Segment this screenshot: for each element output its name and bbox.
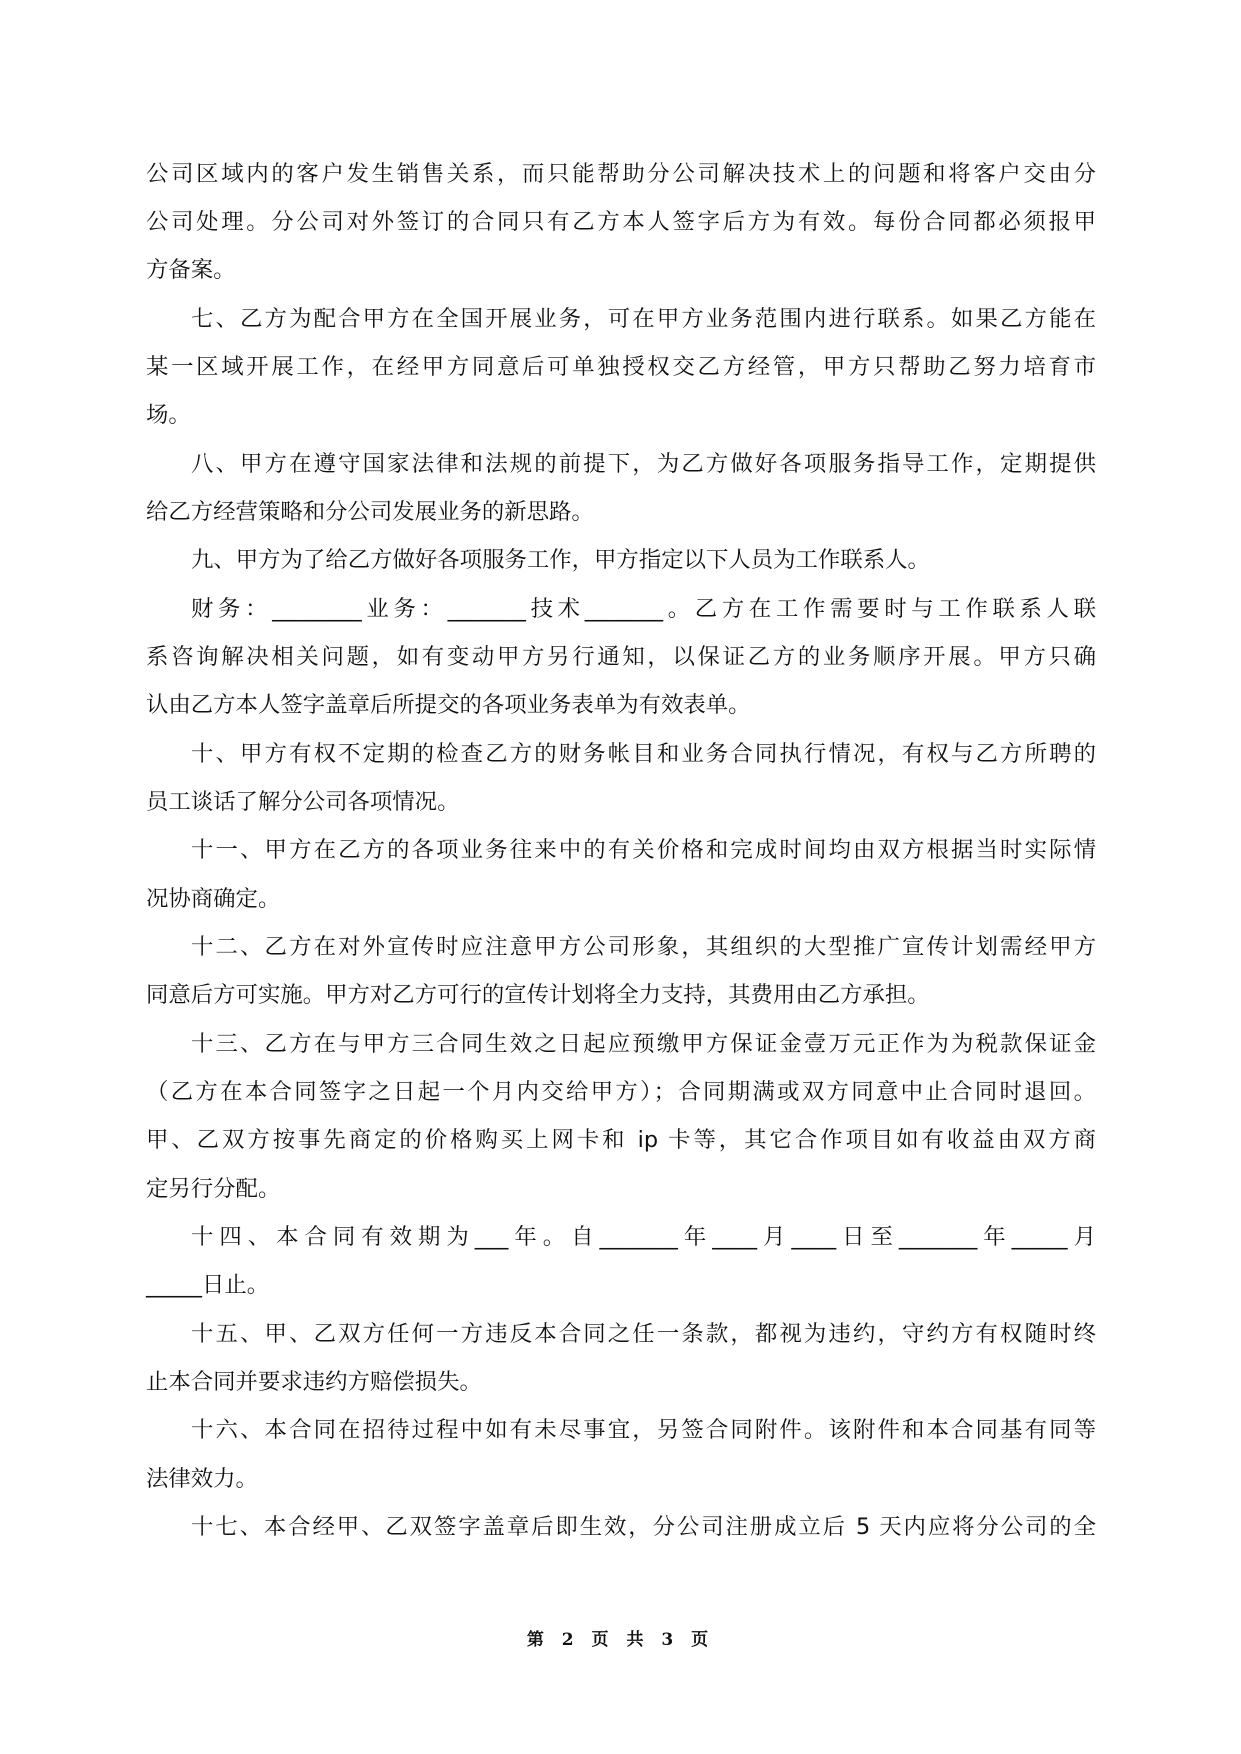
- paragraph-first-line: 十五、甲、乙双方任何一方违反本合同之任一条款，都视为违约，守约方有权随时终: [146, 1310, 1096, 1358]
- paragraph-first-line: 十、甲方有权不定期的检查乙方的财务帐目和业务合同执行情况，有权与乙方所聘的: [146, 730, 1096, 778]
- paragraph-first-line: 十七、本合经甲、乙双签字盖章后即生效，分公司注册成立后 5 天内应将分公司的全: [146, 1503, 1096, 1551]
- paragraph-line: 止本合同并要求违约方赔偿损失。: [146, 1358, 1096, 1406]
- paragraph-first-line: 十一、甲方在乙方的各项业务往来中的有关价格和完成时间均由双方根据当时实际情: [146, 826, 1096, 874]
- document-page: 公司区域内的客户发生销售关系，而只能帮助分公司解决技术上的问题和将客户交由分公司…: [0, 0, 1241, 1754]
- paragraph-line: 同意后方可实施。甲方对乙方可行的宣传计划将全力支持，其费用由乙方承担。: [146, 971, 1096, 1019]
- paragraph-first-line: 九、甲方为了给乙方做好各项服务工作，甲方指定以下人员为工作联系人。: [146, 536, 1096, 584]
- paragraph-line: 甲、乙双方按事先商定的价格购买上网卡和 ip 卡等，其它合作项目如有收益由双方商: [146, 1116, 1096, 1164]
- paragraph-line: 某一区域开展工作，在经甲方同意后可单独授权交乙方经管，甲方只帮助乙努力培育市: [146, 343, 1096, 391]
- paragraph-first-line: 八、甲方在遵守国家法律和法规的前提下，为乙方做好各项服务指导工作，定期提供: [146, 440, 1096, 488]
- paragraph-first-line: 十四、本合同有效期为___年。自_______年____月____日至_____…: [146, 1213, 1096, 1261]
- paragraph-line: 场。: [146, 391, 1096, 439]
- page-footer: 第 2 页 共 3 页: [0, 1625, 1241, 1650]
- paragraph-first-line: 十六、本合同在招待过程中如有未尽事宜，另签合同附件。该附件和本合同基有同等: [146, 1406, 1096, 1454]
- paragraph-line: 法律效力。: [146, 1455, 1096, 1503]
- paragraph-line: 况协商确定。: [146, 875, 1096, 923]
- paragraph-line: 给乙方经营策略和分公司发展业务的新思路。: [146, 488, 1096, 536]
- paragraph-line: 定另行分配。: [146, 1165, 1096, 1213]
- paragraph-line: （乙方在本合同签字之日起一个月内交给甲方）；合同期满或双方同意中止合同时退回。: [146, 1068, 1096, 1116]
- paragraph-line: 公司区域内的客户发生销售关系，而只能帮助分公司解决技术上的问题和将客户交由分: [146, 150, 1096, 198]
- paragraph-first-line: 十二、乙方在对外宣传时应注意甲方公司形象，其组织的大型推广宣传计划需经甲方: [146, 923, 1096, 971]
- paragraph-line: 员工谈话了解分公司各项情况。: [146, 778, 1096, 826]
- paragraph-line: 公司处理。分公司对外签订的合同只有乙方本人签字后方为有效。每份合同都必须报甲: [146, 198, 1096, 246]
- paragraph-line: 方备案。: [146, 246, 1096, 294]
- paragraph-first-line: 财务：________业务：_______技术_______。乙方在工作需要时与…: [146, 585, 1096, 633]
- paragraph-first-line: 七、乙方为配合甲方在全国开展业务，可在甲方业务范围内进行联系。如果乙方能在: [146, 295, 1096, 343]
- paragraph-first-line: 十三、乙方在与甲方三合同生效之日起应预缴甲方保证金壹万元正作为为税款保证金: [146, 1020, 1096, 1068]
- paragraph-line: 系咨询解决相关问题，如有变动甲方另行通知，以保证乙方的业务顺序开展。甲方只确: [146, 633, 1096, 681]
- paragraph-line: 认由乙方本人签字盖章后所提交的各项业务表单为有效表单。: [146, 681, 1096, 729]
- paragraph-line: _____日止。: [146, 1261, 1096, 1309]
